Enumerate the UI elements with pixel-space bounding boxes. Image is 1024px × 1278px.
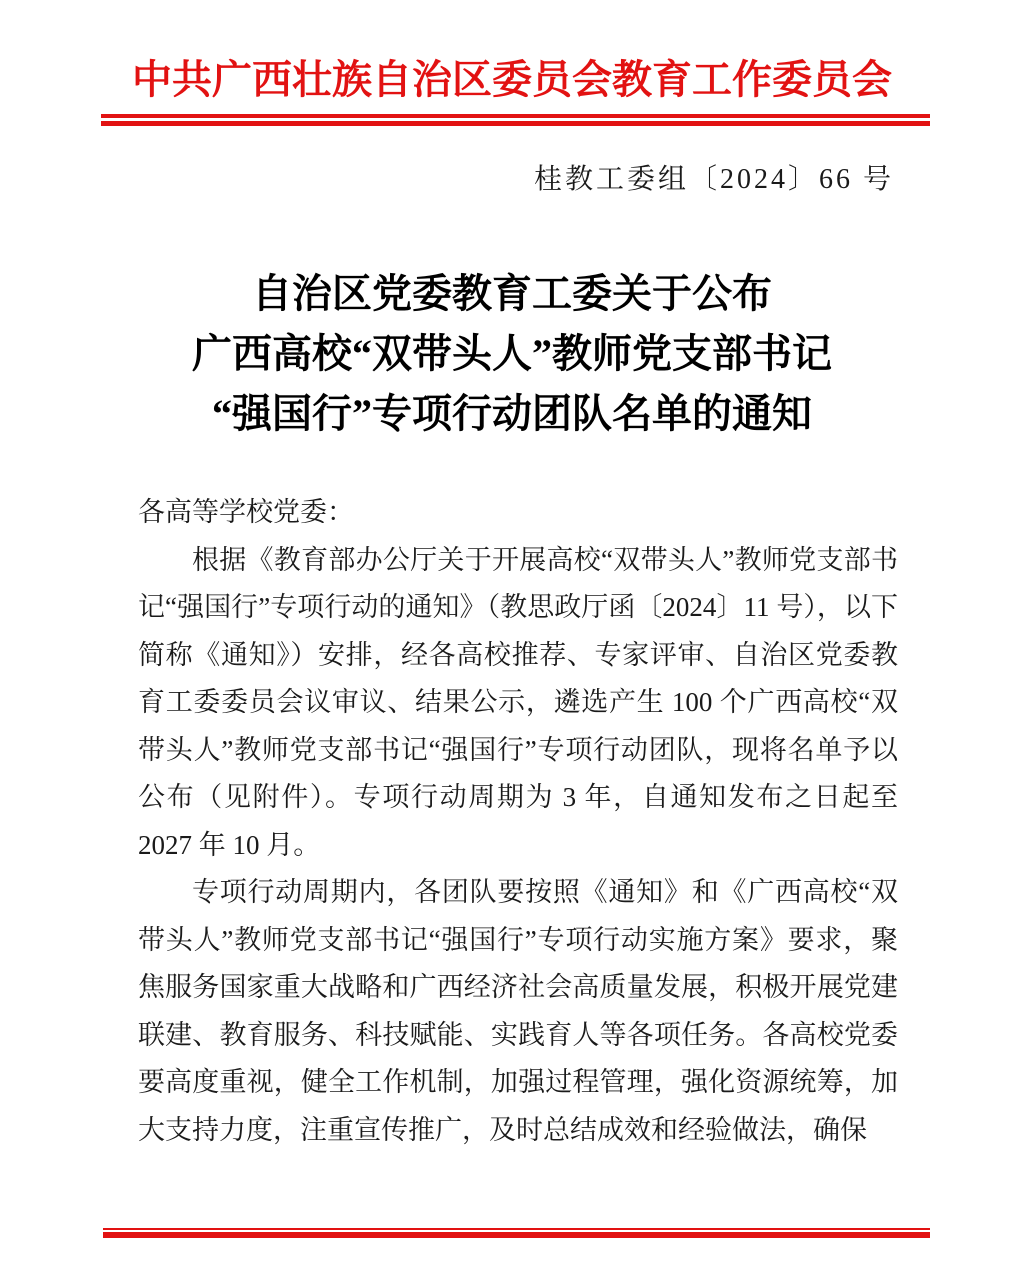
notice-title-line-3: “强国行”专项行动团队名单的通知 (0, 384, 1024, 444)
footer-red-rule (103, 1228, 930, 1238)
body-paragraph-1: 根据《教育部办公厅关于开展高校“双带头人”教师党支部书记“强国行”专项行动的通知… (138, 537, 898, 870)
document-body: 各高等学校党委： 根据《教育部办公厅关于开展高校“双带头人”教师党支部书记“强国… (138, 489, 898, 1154)
notice-title-line-2: 广西高校“双带头人”教师党支部书记 (0, 324, 1024, 384)
salutation: 各高等学校党委： (138, 489, 898, 537)
header-double-red-rule (101, 114, 930, 126)
notice-title: 自治区党委教育工委关于公布 广西高校“双带头人”教师党支部书记 “强国行”专项行… (0, 264, 1024, 444)
document-number: 桂教工委组〔2024〕66 号 (534, 162, 894, 198)
body-paragraph-2: 专项行动周期内，各团队要按照《通知》和《广西高校“双带头人”教师党支部书记“强国… (138, 869, 898, 1154)
issuing-org-title: 中共广西壮族自治区委员会教育工作委员会 (0, 56, 1024, 104)
document-page: 中共广西壮族自治区委员会教育工作委员会 桂教工委组〔2024〕66 号 自治区党… (0, 0, 1024, 1278)
notice-title-line-1: 自治区党委教育工委关于公布 (0, 264, 1024, 324)
